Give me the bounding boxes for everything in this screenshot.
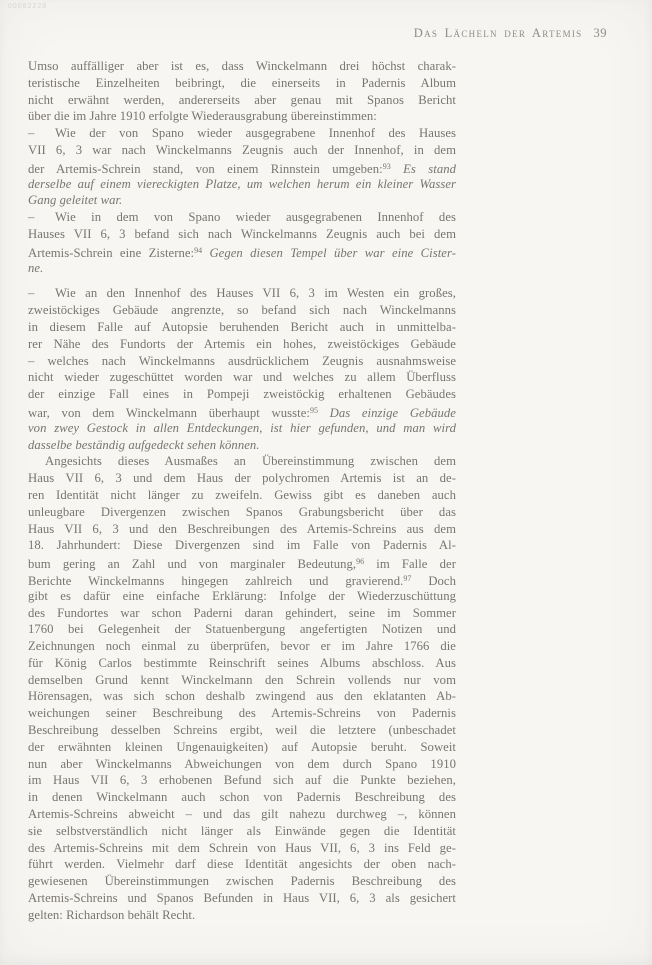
text-line: über die im Jahre 1910 erfolgte Wiederau… [28,108,456,125]
text-line: der erwähnten kleinen Ungenauigkeiten) a… [28,739,456,756]
footnote-reference: 94 [194,246,202,255]
text-line: Artemis-Schreins abweicht – und das gilt… [28,806,456,823]
text-line: ne. [28,260,456,277]
text-line: Umso auffälliger aber ist es, dass Winck… [28,58,456,75]
text-line: –Wie in dem von Spano wieder ausgegraben… [28,209,456,226]
text-line: der Artemis-Schrein stand, von einem Rin… [28,159,456,176]
text-line: Artemis-Schreins und Spanos Befunden in … [28,890,456,907]
text-line: dasselbe beständig aufgedeckt sehen könn… [28,437,456,454]
text-line: in denen Winckelmann auch schon von Pade… [28,789,456,806]
paragraph: Umso auffälliger aber ist es, dass Winck… [28,58,456,125]
text-line: ren Identität nicht länger zu zweifeln. … [28,487,456,504]
scan-number: 00082228 [8,3,47,10]
paragraph: –Wie in dem von Spano wieder ausgegraben… [28,209,456,276]
text-line: gelten: Richardson behält Recht. [28,907,456,924]
text-block: Umso auffälliger aber ist es, dass Winck… [28,58,456,924]
header-title: Das Lächeln der Artemis [414,26,583,40]
text-line: für König Carlos bestimmte Reinschrift s… [28,655,456,672]
text-line: weichungen seiner Beschreibung des Artem… [28,705,456,722]
running-header: Das Lächeln der Artemis39 [414,26,607,41]
paragraph: –Wie der von Spano wieder ausgegrabene I… [28,125,456,209]
text-line: von zwey Gestock in allen Entdeckungen, … [28,420,456,437]
text-line: VII 6, 3 war nach Winckelmanns Zeugnis a… [28,142,456,159]
text-line: des Fundortes war schon Paderni daran ge… [28,605,456,622]
text-line: Gang geleitet war. [28,192,456,209]
text-line: teristische Einzelheiten beibringt, die … [28,75,456,92]
paragraph: –Wie an den Innenhof des Hauses VII 6, 3… [28,285,456,453]
text-line: bum gering an Zahl und von marginaler Be… [28,554,456,571]
text-line: Angesichts dieses Ausmaßes an Übereinsti… [28,453,456,470]
text-line: Beschreibung desselben Schreins ergibt, … [28,722,456,739]
footnote-reference: 96 [356,557,364,566]
text-line: gewiesenen Übereinstimmungen zwischen Pa… [28,873,456,890]
text-line: 1760 bei Gelegenheit der Statuenbergung … [28,621,456,638]
text-line: Haus VII 6, 3 und dem Haus der polychrom… [28,470,456,487]
text-line: sie selbstverständlich nicht länger als … [28,823,456,840]
text-line: Artemis-Schrein eine Zisterne:94 Gegen d… [28,243,456,260]
text-line: rer Nähe des Fundorts der Artemis ein ho… [28,336,456,353]
text-line: –Wie an den Innenhof des Hauses VII 6, 3… [28,285,456,302]
text-line: Zeichnungen noch einmal zu überprüfen, b… [28,638,456,655]
text-line: Hörensagen, was sich schon deshalb zwing… [28,688,456,705]
text-line: gibt es dafür eine einfache Erklärung: I… [28,588,456,605]
book-page: 00082228 Das Lächeln der Artemis39 Umso … [0,0,652,965]
text-line: nicht wieder zugeschüttet worden war und… [28,369,456,386]
text-line: Berichte Winckelmanns hingegen zahlreich… [28,571,456,588]
text-line: Hauses VII 6, 3 befand sich nach Winckel… [28,226,456,243]
text-line: führt werden. Vielmehr darf diese Identi… [28,856,456,873]
text-line: Haus VII 6, 3 und den Beschreibungen des… [28,521,456,538]
list-dash: – [28,125,55,142]
text-line: demselben Grund kennt Winckelmann den Sc… [28,672,456,689]
text-line: des Artemis-Schreins mit dem Schrein von… [28,840,456,857]
text-line: zweistöckiges Gebäude angrenzte, so befa… [28,302,456,319]
footnote-reference: 93 [383,162,391,171]
text-line: nicht erwähnt werden, andererseits aber … [28,92,456,109]
text-line: im Haus VII 6, 3 erhobenen Befund sich a… [28,772,456,789]
text-line: derselbe auf einem viereckigten Platze, … [28,176,456,193]
text-line: nun aber Winckelmanns Abweichungen von d… [28,756,456,773]
list-dash: – [28,285,55,302]
list-dash: – [28,209,55,226]
text-line: – welches nach Winckelmanns ausdrücklich… [28,353,456,370]
text-line: 18. Jahrhundert: Diese Divergenzen sind … [28,537,456,554]
text-line: unleugbare Divergenzen zwischen Spanos G… [28,504,456,521]
text-line: der einzige Fall eines in Pompeji zweist… [28,386,456,403]
text-line: –Wie der von Spano wieder ausgegrabene I… [28,125,456,142]
paragraph: Angesichts dieses Ausmaßes an Übereinsti… [28,453,456,923]
header-page-number: 39 [594,26,608,40]
footnote-reference: 95 [310,406,318,415]
text-line: in diesem Falle auf Autopsie beruhenden … [28,319,456,336]
text-line: war, von dem Winckelmann überhaupt wusst… [28,403,456,420]
